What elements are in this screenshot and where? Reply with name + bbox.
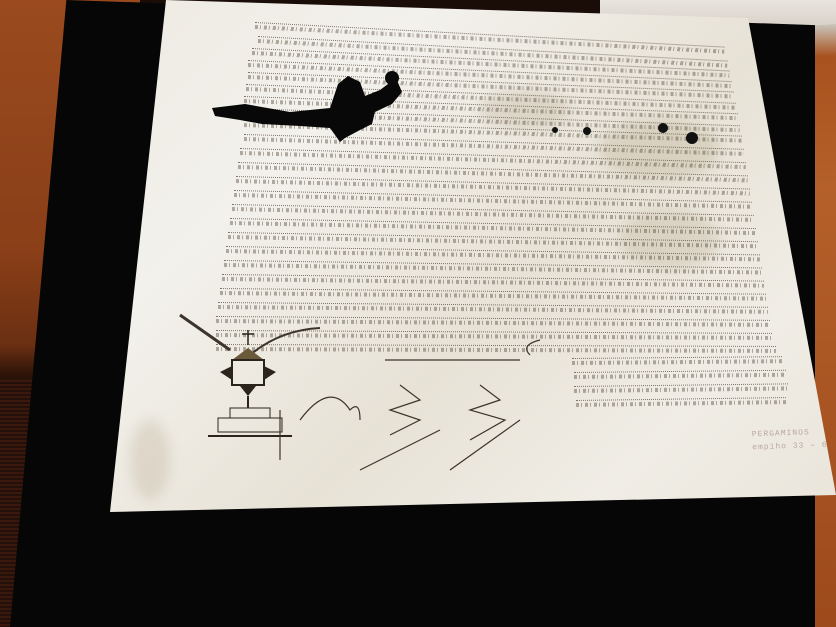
signatures — [0, 0, 836, 627]
archive-stamp: PERGAMINOS empiho 33 – 6 — [752, 426, 828, 455]
archive-stamp-line2: empiho 33 – 6 — [752, 439, 828, 455]
